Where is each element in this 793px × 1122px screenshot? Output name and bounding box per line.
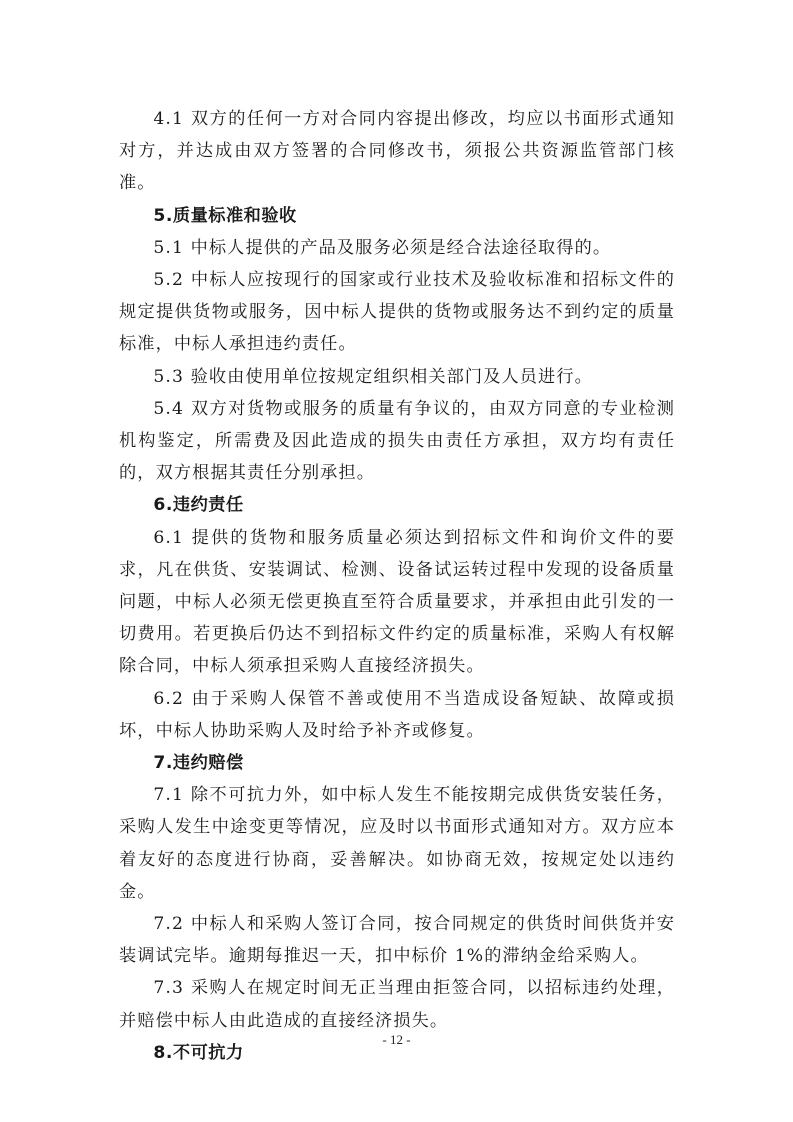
clause-7-1: 7.1 除不可抗力外，如中标人发生不能按期完成供货安装任务，采购人发生中途变更等… <box>119 779 675 908</box>
clause-5-3: 5.3 验收由使用单位按规定组织相关部门及人员进行。 <box>119 361 675 393</box>
clause-5-2: 5.2 中标人应按现行的国家或行业技术及验收标准和招标文件的规定提供货物或服务，… <box>119 264 675 361</box>
clause-7-2: 7.2 中标人和采购人签订合同，按合同规定的供货时间供货并安装调试完毕。逾期每推… <box>119 908 675 972</box>
section-heading-6: 6.违约责任 <box>119 489 675 521</box>
section-heading-7: 7.违约赔偿 <box>119 747 675 779</box>
clause-5-1: 5.1 中标人提供的产品及服务必须是经合法途径取得的。 <box>119 232 675 264</box>
page-number: - 12 - <box>0 1032 793 1048</box>
clause-7-3: 7.3 采购人在规定时间无正当理由拒签合同，以招标违约处理，并赔偿中标人由此造成… <box>119 972 675 1036</box>
clause-4-1: 4.1 双方的任何一方对合同内容提出修改，均应以书面形式通知对方，并达成由双方签… <box>119 103 675 200</box>
clause-5-4: 5.4 双方对货物或服务的质量有争议的，由双方同意的专业检测机构鉴定，所需费及因… <box>119 393 675 490</box>
section-heading-5: 5.质量标准和验收 <box>119 200 675 232</box>
document-page: 4.1 双方的任何一方对合同内容提出修改，均应以书面形式通知对方，并达成由双方签… <box>119 103 675 1069</box>
clause-6-2: 6.2 由于采购人保管不善或使用不当造成设备短缺、故障或损坏，中标人协助采购人及… <box>119 683 675 747</box>
clause-6-1: 6.1 提供的货物和服务质量必须达到招标文件和询价文件的要求，凡在供货、安装调试… <box>119 522 675 683</box>
